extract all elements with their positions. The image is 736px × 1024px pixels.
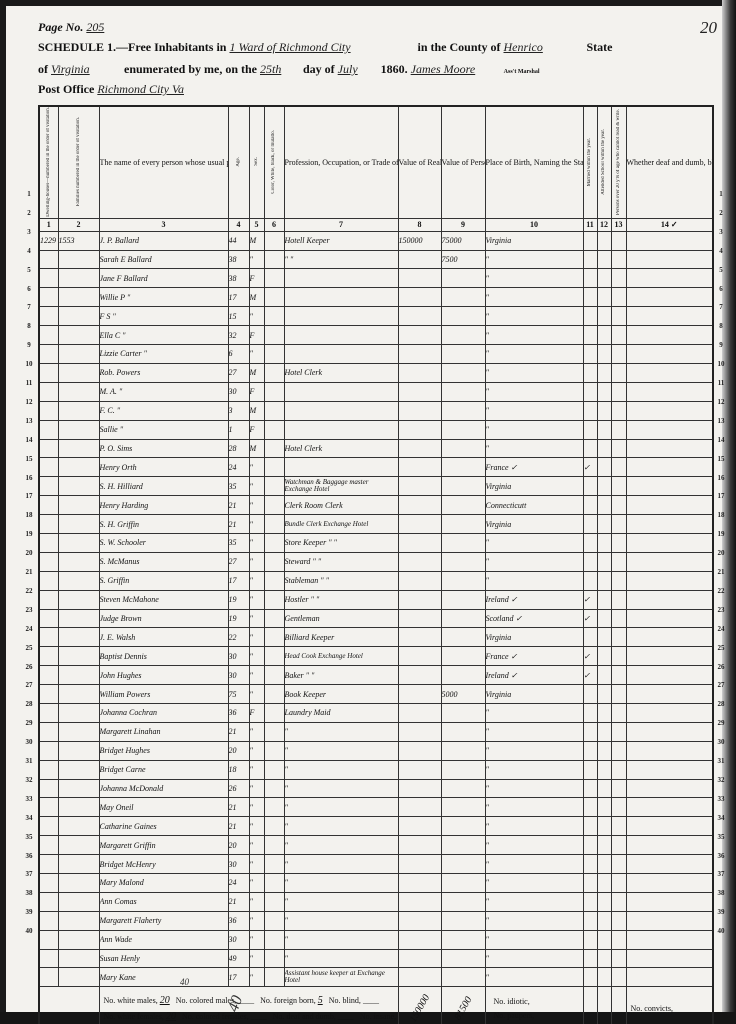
dwelling-number [39,628,58,647]
person-name: S. H. Hilliard [99,477,228,496]
county-label: in the County of [417,40,500,54]
color [264,571,284,590]
col-school-header: Attended School within the year. [597,106,611,218]
cannot-read-write [611,892,626,911]
condition [626,609,713,628]
attended-school [597,496,611,515]
attended-school [597,533,611,552]
real-estate-value [398,552,441,571]
personal-estate-value [441,647,485,666]
col-name-header: The name of every person whose usual pla… [99,106,228,218]
personal-estate-value [441,326,485,345]
married-within-year: ✓ [583,666,597,685]
birthplace: " [485,420,583,439]
personal-estate-value [441,722,485,741]
attended-school [597,590,611,609]
married-within-year [583,401,597,420]
personal-estate-value [441,779,485,798]
age: 30 [228,666,249,685]
sex: " [249,647,264,666]
line-number: 1 [714,190,728,198]
real-estate-value [398,250,441,269]
cannot-read-write [611,382,626,401]
family-number [58,496,99,515]
condition [626,458,713,477]
attended-school [597,666,611,685]
cannot-read-write [611,439,626,458]
age: 1 [228,420,249,439]
line-number: 23 [22,606,36,614]
line-number: 31 [22,757,36,765]
birthplace: France ✓ [485,458,583,477]
sex: F [249,269,264,288]
attended-school [597,911,611,930]
condition [626,968,713,987]
color [264,496,284,515]
color [264,968,284,987]
cannot-read-write [611,760,626,779]
personal-estate-value [441,873,485,892]
line-number: 6 [714,285,728,293]
age: 75 [228,685,249,704]
sex: " [249,533,264,552]
personal-estate-value [441,855,485,874]
line-number: 36 [22,852,36,860]
family-number [58,911,99,930]
real-estate-value [398,760,441,779]
person-name: Sallie " [99,420,228,439]
enumerated-label: enumerated by me, on the [124,62,257,76]
birthplace: " [485,401,583,420]
line-number: 2 [22,209,36,217]
page-label: Page No. [38,20,83,34]
married-within-year [583,382,597,401]
real-estate-value [398,628,441,647]
attended-school [597,628,611,647]
sex: " [249,628,264,647]
dwelling-number [39,703,58,722]
convicts-summary: No. convicts, [626,987,713,1024]
color [264,401,284,420]
real-estate-value [398,968,441,987]
state-value: Virginia [51,62,121,77]
marshal-label: Ass't Marshal [504,69,540,75]
dwelling-number [39,722,58,741]
post-office-line: Post Office Richmond City Va [38,82,202,97]
personal-estate-value [441,477,485,496]
line-number: 24 [714,625,728,633]
sex: " [249,345,264,364]
sex: M [249,288,264,307]
sex: " [249,798,264,817]
real-estate-value [398,363,441,382]
occupation: " [284,836,398,855]
dwelling-number [39,552,58,571]
color [264,552,284,571]
dwelling-number [39,363,58,382]
table-row: Susan Henly49""" [39,949,713,968]
line-number: 39 [22,908,36,916]
condition [626,363,713,382]
married-within-year [583,949,597,968]
cannot-read-write [611,552,626,571]
family-number [58,250,99,269]
family-number [58,949,99,968]
col-occupation-header: Profession, Occupation, or Trade of each… [284,106,398,218]
schedule-title-line: SCHEDULE 1.—Free Inhabitants in 1 Ward o… [38,40,613,55]
line-number: 20 [714,549,728,557]
person-name: Sarah E Ballard [99,250,228,269]
person-name: Johanna Cochran [99,703,228,722]
line-number: 6 [22,285,36,293]
dwelling-number [39,439,58,458]
sex: " [249,836,264,855]
birthplace: " [485,892,583,911]
line-number: 7 [714,303,728,311]
birthplace: " [485,779,583,798]
married-within-year [583,552,597,571]
sex: " [249,741,264,760]
age: 38 [228,250,249,269]
color [264,363,284,382]
occupation: Head Cook Exchange Hotel [284,647,398,666]
married-within-year [583,760,597,779]
line-number: 34 [22,814,36,822]
ward-value: 1 Ward of Richmond City [229,40,414,55]
table-row: Bridget Carne18""" [39,760,713,779]
col-age-header: Age. [228,106,249,218]
real-estate-value [398,609,441,628]
birthplace: " [485,269,583,288]
personal-estate-value [441,382,485,401]
married-within-year [583,250,597,269]
occupation: Bundle Clerk Exchange Hotel [284,515,398,534]
birthplace: Ireland ✓ [485,666,583,685]
person-name: F S " [99,307,228,326]
cannot-read-write [611,911,626,930]
family-number [58,741,99,760]
line-number: 7 [22,303,36,311]
attended-school [597,647,611,666]
dwelling-number [39,420,58,439]
color [264,779,284,798]
person-name: Baptist Dennis [99,647,228,666]
occupation: " [284,911,398,930]
occupation: Book Keeper [284,685,398,704]
color [264,628,284,647]
age: 19 [228,609,249,628]
person-name: M. A. " [99,382,228,401]
color [264,326,284,345]
birthplace: " [485,326,583,345]
birthplace: " [485,288,583,307]
table-row: S. Griffin17"Stableman " "" [39,571,713,590]
family-number [58,533,99,552]
real-estate-value [398,873,441,892]
dwelling-number [39,571,58,590]
real-estate-value [398,345,441,364]
column-number: 9 [441,218,485,231]
real-estate-value [398,798,441,817]
family-number [58,760,99,779]
dwelling-number [39,307,58,326]
married-within-year [583,836,597,855]
personal-estate-value [441,458,485,477]
family-number [58,628,99,647]
occupation: Watchman & Baggage master Exchange Hotel [284,477,398,496]
personal-estate-value [441,949,485,968]
age: 22 [228,628,249,647]
cannot-read-write [611,590,626,609]
occupation: " [284,873,398,892]
enumeration-line: of Virginia enumerated by me, on the 25t… [38,62,540,77]
attended-school [597,685,611,704]
occupation: Hotel Clerk [284,363,398,382]
occupation: " [284,892,398,911]
condition [626,533,713,552]
line-number: 24 [22,625,36,633]
year-value: 1860. [381,62,408,76]
family-number [58,647,99,666]
table-row: Margarett Flaherty36""" [39,911,713,930]
condition [626,779,713,798]
sex: " [249,930,264,949]
personal-estate-value [441,609,485,628]
condition [626,571,713,590]
condition [626,628,713,647]
personal-estate-value [441,911,485,930]
family-number [58,326,99,345]
family-number [58,817,99,836]
color [264,666,284,685]
attended-school [597,477,611,496]
col-condition-header: Whether deaf and dumb, blind, insane, id… [626,106,713,218]
line-number: 36 [714,852,728,860]
table-row: Rob. Powers27MHotel Clerk" [39,363,713,382]
color [264,817,284,836]
person-name: Susan Henly [99,949,228,968]
married-within-year [583,968,597,987]
line-number: 12 [22,398,36,406]
table-row: Margarett Linahan21""" [39,722,713,741]
condition [626,231,713,250]
birthplace: " [485,760,583,779]
personal-estate-value [441,666,485,685]
dwelling-number [39,779,58,798]
line-number: 1 [22,190,36,198]
family-number [58,382,99,401]
occupation: Clerk Room Clerk [284,496,398,515]
attended-school [597,949,611,968]
condition [626,515,713,534]
schedule-label: SCHEDULE 1.—Free Inhabitants in [38,40,226,54]
dwelling-number [39,250,58,269]
person-name: Henry Harding [99,496,228,515]
cannot-read-write [611,647,626,666]
occupation [284,345,398,364]
real-estate-value [398,307,441,326]
real-estate-value [398,949,441,968]
line-number: 5 [714,266,728,274]
column-number: 10 [485,218,583,231]
attended-school [597,250,611,269]
condition [626,439,713,458]
col-birthplace-header: Place of Birth, Naming the State, Territ… [485,106,583,218]
line-number: 14 [22,436,36,444]
table-row: William Powers75"Book Keeper5000Virginia [39,685,713,704]
age: 17 [228,571,249,590]
birthplace: " [485,949,583,968]
real-estate-value [398,269,441,288]
table-row: Bridget Hughes20""" [39,741,713,760]
total-below-count: 40 [180,977,189,987]
personal-estate-value: 5000 [441,685,485,704]
column-number: 12 [597,218,611,231]
dwelling-number [39,609,58,628]
sex: F [249,326,264,345]
occupation: " [284,798,398,817]
county-value: Henrico [504,40,584,55]
real-estate-total: 150000 [398,987,441,1024]
attended-school [597,269,611,288]
color [264,477,284,496]
condition [626,288,713,307]
condition [626,269,713,288]
color [264,798,284,817]
occupation: Billiard Keeper [284,628,398,647]
person-name: William Powers [99,685,228,704]
cannot-read-write [611,798,626,817]
line-number: 30 [22,738,36,746]
sex: " [249,911,264,930]
birthplace: " [485,968,583,987]
table-row: Henry Orth24"France ✓✓ [39,458,713,477]
dwelling-number [39,685,58,704]
birthplace: " [485,382,583,401]
line-number: 17 [22,492,36,500]
condition [626,911,713,930]
birthplace: Virginia [485,628,583,647]
personal-estate-value [441,533,485,552]
line-number: 38 [714,889,728,897]
attended-school [597,817,611,836]
birthplace: " [485,798,583,817]
table-row: May Oneil21""" [39,798,713,817]
occupation: Stableman " " [284,571,398,590]
line-number: 35 [714,833,728,841]
condition [626,892,713,911]
real-estate-value [398,817,441,836]
cannot-read-write [611,703,626,722]
line-number: 9 [714,341,728,349]
dwelling-number [39,533,58,552]
color [264,420,284,439]
person-name: S. Griffin [99,571,228,590]
line-number: 13 [22,417,36,425]
sex: " [249,515,264,534]
family-number [58,307,99,326]
cannot-read-write [611,666,626,685]
marshal-name: James Moore [411,62,501,77]
married-within-year [583,892,597,911]
real-estate-value [398,288,441,307]
sex: " [249,458,264,477]
col-real-estate-header: Value of Real Estate. [398,106,441,218]
col-sex-header: Sex. [249,106,264,218]
birthplace: " [485,250,583,269]
married-within-year [583,439,597,458]
married-within-year [583,911,597,930]
person-name: P. O. Sims [99,439,228,458]
married-within-year [583,873,597,892]
family-number [58,590,99,609]
age: 17 [228,968,249,987]
married-within-year [583,779,597,798]
sex: " [249,855,264,874]
age: 38 [228,269,249,288]
married-within-year [583,722,597,741]
cannot-read-write [611,231,626,250]
occupation [284,458,398,477]
person-name: Mary Malond [99,873,228,892]
condition [626,685,713,704]
sex: F [249,420,264,439]
dwelling-number [39,949,58,968]
table-row: Steven McMahone19"Hostler " "Ireland ✓✓ [39,590,713,609]
family-number [58,458,99,477]
sex: " [249,779,264,798]
line-number: 26 [22,663,36,671]
occupation: Hostler " " [284,590,398,609]
sex: " [249,571,264,590]
condition [626,382,713,401]
occupation: " [284,741,398,760]
line-number: 26 [714,663,728,671]
line-number: 30 [714,738,728,746]
personal-estate-value [441,269,485,288]
married-within-year [583,231,597,250]
color [264,873,284,892]
personal-estate-value: 75000 [441,231,485,250]
person-name: Johanna McDonald [99,779,228,798]
occupation: " [284,817,398,836]
real-estate-value [398,647,441,666]
married-within-year [583,326,597,345]
dwelling-number [39,892,58,911]
family-number [58,930,99,949]
real-estate-value [398,420,441,439]
personal-estate-value [441,798,485,817]
family-number [58,836,99,855]
married-within-year [583,515,597,534]
summary-row: No. white males, 20 No. colored males, _… [39,987,713,1024]
line-number: 40 [714,927,728,935]
family-number [58,968,99,987]
line-number: 12 [714,398,728,406]
family-number [58,892,99,911]
line-number: 29 [22,719,36,727]
occupation: " [284,779,398,798]
person-name: J. E. Walsh [99,628,228,647]
birthplace: " [485,363,583,382]
married-within-year: ✓ [583,458,597,477]
family-number: 1553 [58,231,99,250]
person-name: Mary Kane [99,968,228,987]
birthplace: " [485,930,583,949]
table-row: F S "15"" [39,307,713,326]
birthplace: " [485,307,583,326]
married-within-year: ✓ [583,590,597,609]
